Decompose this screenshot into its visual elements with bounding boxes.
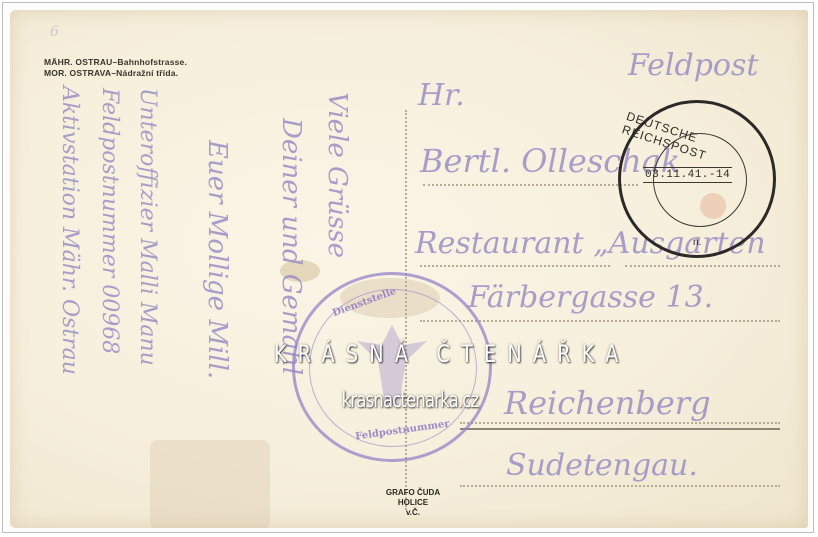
salutation: Hr. bbox=[418, 78, 465, 113]
printer-mark: GRAFO ČUDA HOLICE v.Č. bbox=[373, 488, 453, 518]
message-line-6: Aktivstation Mähr. Ostrau bbox=[57, 86, 82, 375]
address-underline bbox=[460, 428, 780, 430]
postmark-date: 03.11.41.-14 bbox=[643, 167, 732, 183]
address-line bbox=[460, 485, 780, 487]
address-line bbox=[460, 422, 780, 424]
printer-suffix: v.Č. bbox=[373, 508, 453, 518]
corner-mark: 6 bbox=[50, 24, 59, 40]
feldpost-label: Feldpost bbox=[628, 48, 758, 83]
postmark-code: n. bbox=[693, 237, 701, 248]
caption-line-german: MÄHR. OSTRAU–Bahnhofstrasse. bbox=[44, 57, 187, 68]
postcard-back: MÄHR. OSTRAU–Bahnhofstrasse. MOR. OSTRAV… bbox=[10, 10, 808, 528]
address-line bbox=[423, 184, 638, 186]
message-line-4: Unteroffizier Malli Manu bbox=[135, 88, 160, 366]
printer-name: GRAFO ČUDA bbox=[373, 488, 453, 498]
stain bbox=[150, 440, 270, 528]
watermark-url: krasnactenarka.cz bbox=[324, 388, 496, 412]
message-line-1: Viele Grüsse bbox=[322, 92, 352, 258]
address-line-2: Färbergasse 13. bbox=[468, 280, 713, 315]
picture-caption: MÄHR. OSTRAU–Bahnhofstrasse. MOR. OSTRAV… bbox=[44, 57, 187, 79]
caption-line-czech: MOR. OSTRAVA–Nádražní třída. bbox=[44, 68, 187, 79]
address-city: Reichenberg bbox=[504, 384, 711, 422]
printer-town: HOLICE bbox=[373, 498, 453, 508]
reichspost-postmark: DEUTSCHE REICHSPOST 03.11.41.-14 n. bbox=[618, 100, 776, 258]
message-line-3: Euer Mollige Mill. bbox=[202, 140, 232, 379]
address-region: Sudetengau. bbox=[506, 448, 698, 483]
watermark-title: KRÁSNÁ ČTENÁŘKA bbox=[274, 340, 546, 368]
address-line bbox=[625, 265, 780, 267]
message-line-5: Feldpostnummer 00968 bbox=[97, 88, 122, 354]
address-line bbox=[420, 265, 610, 267]
